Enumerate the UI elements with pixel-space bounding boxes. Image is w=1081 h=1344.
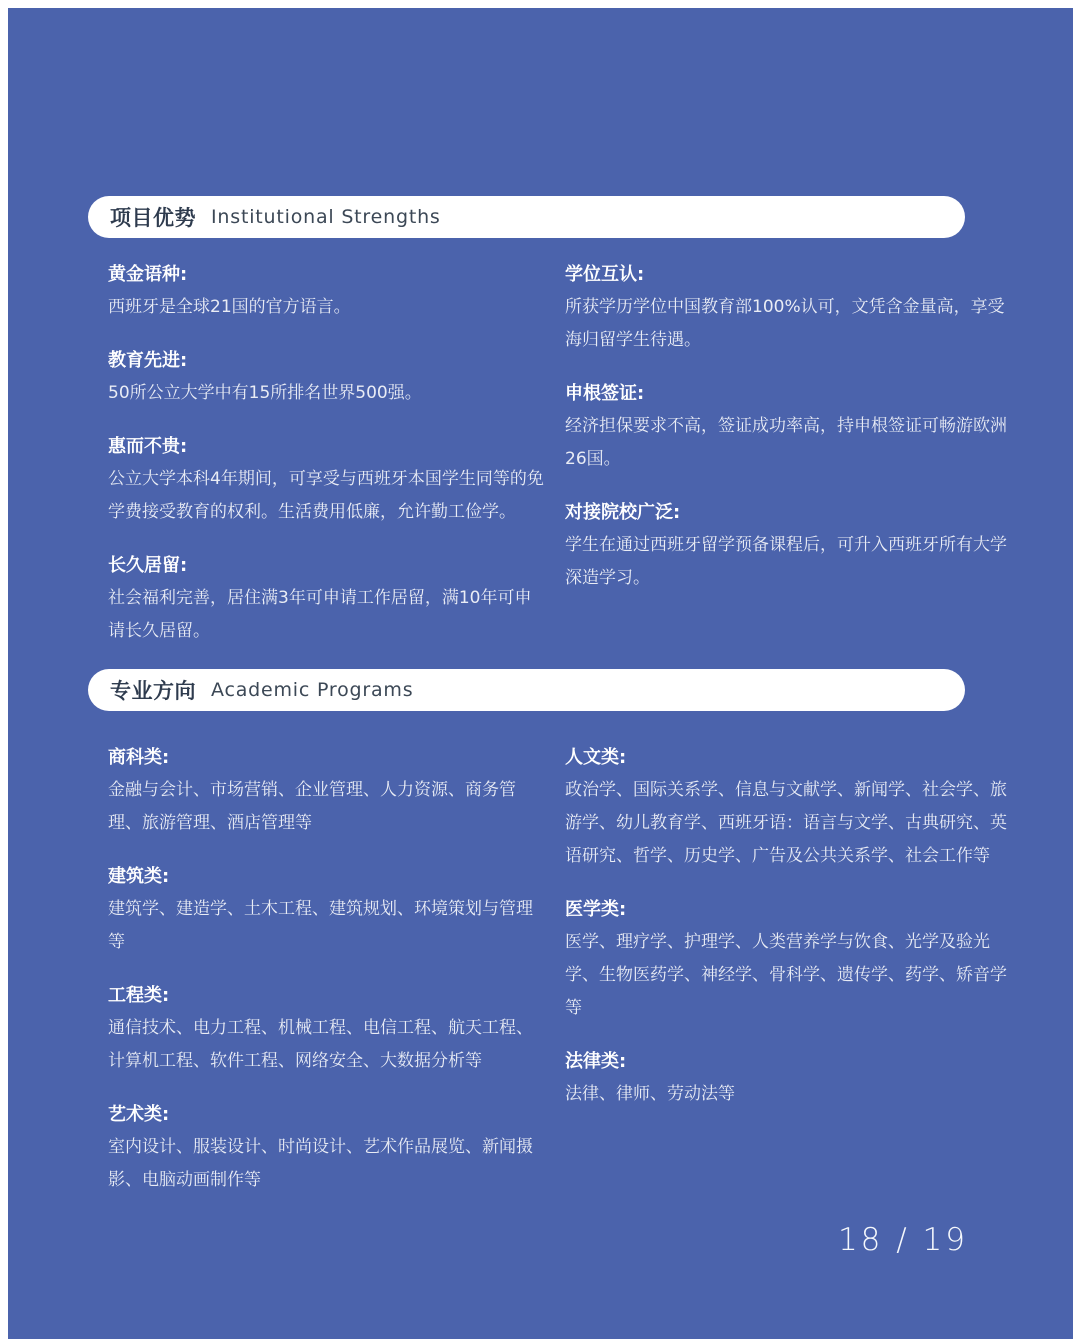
strength-block: 教育先进: 50所公立大学中有15所排名世界500强。 <box>108 344 545 410</box>
program-block: 工程类: 通信技术、电力工程、机械工程、电信工程、航天工程、计算机工程、软件工程… <box>108 979 545 1078</box>
programs-column-right: 人文类: 政治学、国际关系学、信息与文献学、新闻学、社会学、旅游学、幼儿教育学、… <box>565 741 1015 1197</box>
block-body: 社会福利完善，居住满3年可申请工作居留，满10年可申请长久居留。 <box>108 582 545 648</box>
block-heading: 申根签证: <box>565 377 1015 410</box>
block-heading: 惠而不贵: <box>108 430 545 463</box>
section-header-institutional-strengths: 项目优势 Institutional Strengths <box>88 196 965 238</box>
block-heading: 对接院校广泛: <box>565 496 1015 529</box>
section-title-en: Institutional Strengths <box>211 206 441 228</box>
brochure-sheet: 项目优势 Institutional Strengths 黄金语种: 西班牙是全… <box>8 8 1073 1339</box>
block-body: 公立大学本科4年期间，可享受与西班牙本国学生同等的免学费接受教育的权利。生活费用… <box>108 463 545 529</box>
strength-block: 黄金语种: 西班牙是全球21国的官方语言。 <box>108 258 545 324</box>
page-background: 项目优势 Institutional Strengths 黄金语种: 西班牙是全… <box>0 0 1081 1344</box>
block-body: 室内设计、服装设计、时尚设计、艺术作品展览、新闻摄影、电脑动画制作等 <box>108 1131 545 1197</box>
section-title-zh: 专业方向 <box>110 675 196 705</box>
block-heading: 建筑类: <box>108 860 545 893</box>
block-heading: 学位互认: <box>565 258 1015 291</box>
block-body: 50所公立大学中有15所排名世界500强。 <box>108 377 545 410</box>
block-body: 通信技术、电力工程、机械工程、电信工程、航天工程、计算机工程、软件工程、网络安全… <box>108 1012 545 1078</box>
program-block: 人文类: 政治学、国际关系学、信息与文献学、新闻学、社会学、旅游学、幼儿教育学、… <box>565 741 1015 873</box>
strength-block: 长久居留: 社会福利完善，居住满3年可申请工作居留，满10年可申请长久居留。 <box>108 549 545 648</box>
program-block: 医学类: 医学、理疗学、护理学、人类营养学与饮食、光学及验光学、生物医药学、神经… <box>565 893 1015 1025</box>
strength-block: 对接院校广泛: 学生在通过西班牙留学预备课程后，可升入西班牙所有大学深造学习。 <box>565 496 1015 595</box>
block-body: 法律、律师、劳动法等 <box>565 1078 1015 1111</box>
block-heading: 黄金语种: <box>108 258 545 291</box>
block-body: 所获学历学位中国教育部100%认可，文凭含金量高，享受海归留学生待遇。 <box>565 291 1015 357</box>
strength-block: 惠而不贵: 公立大学本科4年期间，可享受与西班牙本国学生同等的免学费接受教育的权… <box>108 430 545 529</box>
strengths-columns: 黄金语种: 西班牙是全球21国的官方语言。 教育先进: 50所公立大学中有15所… <box>108 258 1073 648</box>
block-heading: 医学类: <box>565 893 1015 926</box>
strengths-column-right: 学位互认: 所获学历学位中国教育部100%认可，文凭含金量高，享受海归留学生待遇… <box>565 258 1015 648</box>
block-body: 经济担保要求不高，签证成功率高，持申根签证可畅游欧洲26国。 <box>565 410 1015 476</box>
block-body: 金融与会计、市场营销、企业管理、人力资源、商务管理、旅游管理、酒店管理等 <box>108 774 545 840</box>
page-content: 项目优势 Institutional Strengths 黄金语种: 西班牙是全… <box>8 8 1073 1197</box>
block-heading: 长久居留: <box>108 549 545 582</box>
block-heading: 工程类: <box>108 979 545 1012</box>
block-body: 西班牙是全球21国的官方语言。 <box>108 291 545 324</box>
block-heading: 商科类: <box>108 741 545 774</box>
program-block: 商科类: 金融与会计、市场营销、企业管理、人力资源、商务管理、旅游管理、酒店管理… <box>108 741 545 840</box>
block-body: 医学、理疗学、护理学、人类营养学与饮食、光学及验光学、生物医药学、神经学、骨科学… <box>565 926 1015 1025</box>
program-block: 建筑类: 建筑学、建造学、土木工程、建筑规划、环境策划与管理等 <box>108 860 545 959</box>
program-block: 艺术类: 室内设计、服装设计、时尚设计、艺术作品展览、新闻摄影、电脑动画制作等 <box>108 1098 545 1197</box>
block-heading: 人文类: <box>565 741 1015 774</box>
strength-block: 学位互认: 所获学历学位中国教育部100%认可，文凭含金量高，享受海归留学生待遇… <box>565 258 1015 357</box>
block-heading: 法律类: <box>565 1045 1015 1078</box>
strength-block: 申根签证: 经济担保要求不高，签证成功率高，持申根签证可畅游欧洲26国。 <box>565 377 1015 476</box>
section-header-academic-programs: 专业方向 Academic Programs <box>88 669 965 711</box>
block-heading: 教育先进: <box>108 344 545 377</box>
program-block: 法律类: 法律、律师、劳动法等 <box>565 1045 1015 1111</box>
page-number: 18 / 19 <box>838 1222 968 1258</box>
section-title-zh: 项目优势 <box>110 202 196 232</box>
programs-column-left: 商科类: 金融与会计、市场营销、企业管理、人力资源、商务管理、旅游管理、酒店管理… <box>108 741 545 1197</box>
block-body: 政治学、国际关系学、信息与文献学、新闻学、社会学、旅游学、幼儿教育学、西班牙语：… <box>565 774 1015 873</box>
block-body: 学生在通过西班牙留学预备课程后，可升入西班牙所有大学深造学习。 <box>565 529 1015 595</box>
programs-columns: 商科类: 金融与会计、市场营销、企业管理、人力资源、商务管理、旅游管理、酒店管理… <box>108 741 1073 1197</box>
block-body: 建筑学、建造学、土木工程、建筑规划、环境策划与管理等 <box>108 893 545 959</box>
section-title-en: Academic Programs <box>211 679 413 701</box>
strengths-column-left: 黄金语种: 西班牙是全球21国的官方语言。 教育先进: 50所公立大学中有15所… <box>108 258 545 648</box>
block-heading: 艺术类: <box>108 1098 545 1131</box>
